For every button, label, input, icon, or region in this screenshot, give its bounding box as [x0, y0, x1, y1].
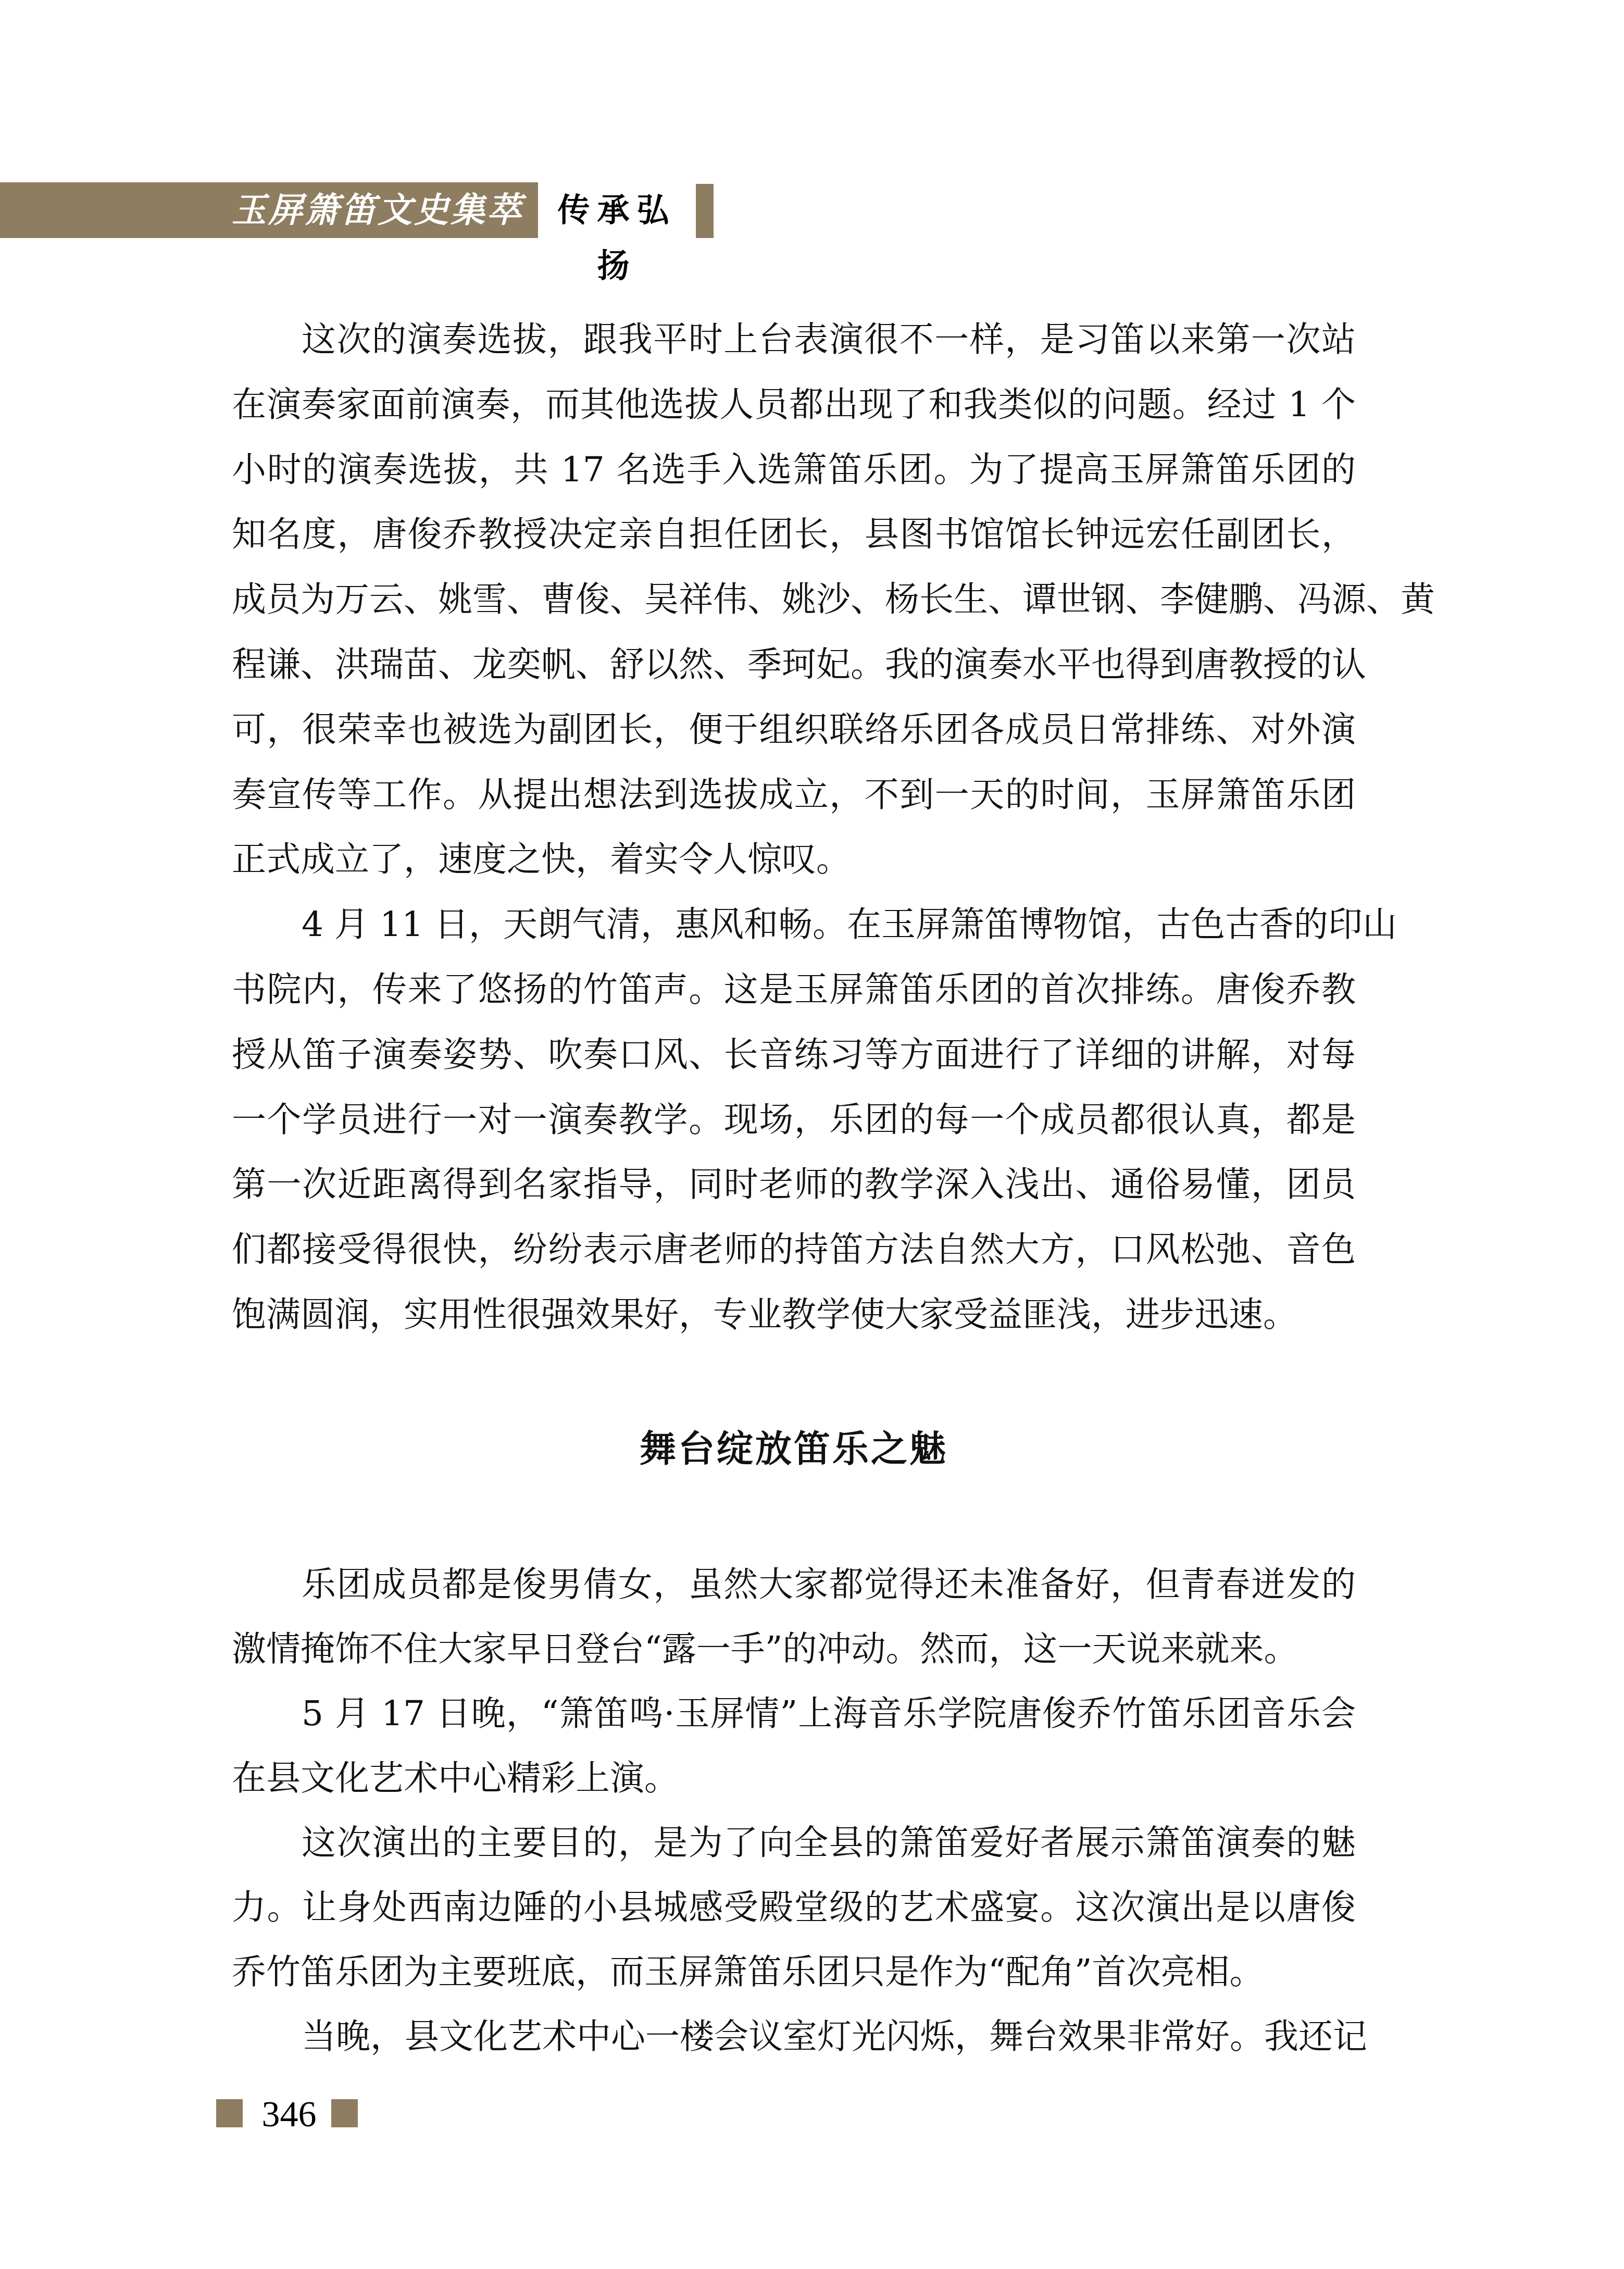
footer-right-square	[331, 2099, 358, 2127]
text-line: 力。让身处西南边陲的小县城感受殿堂级的艺术盛宴。这次演出是以唐俊	[232, 1887, 1356, 1928]
header-banner-cap	[696, 184, 714, 238]
text-line: 知名度，唐俊乔教授决定亲自担任团长，县图书馆馆长钟远宏任副团长，	[232, 514, 1356, 555]
text-line: 一个学员进行一对一演奏教学。现场，乐团的每一个成员都很认真，都是	[232, 1099, 1356, 1141]
text-line: 饱满圆润，实用性很强效果好，专业教学使大家受益匪浅，进步迅速。	[232, 1294, 1356, 1336]
section-heading: 舞台绽放笛乐之魅	[232, 1426, 1356, 1473]
text-line: 这次的演奏选拔，跟我平时上台表演很不一样，是习笛以来第一次站	[302, 319, 1356, 360]
text-line: 在演奏家面前演奏，而其他选拔人员都出现了和我类似的问题。经过 1 个	[232, 384, 1356, 426]
text-line: 书院内，传来了悠扬的竹笛声。这是玉屏箫笛乐团的首次排练。唐俊乔教	[232, 969, 1356, 1011]
text-line: 乔竹笛乐团为主要班底，而玉屏箫笛乐团只是作为“配角”首次亮相。	[232, 1951, 1356, 1993]
text-line: 5 月 17 日晚，“箫笛鸣·玉屏情”上海音乐学院唐俊乔竹笛乐团音乐会	[302, 1693, 1356, 1735]
text-line: 可，很荣幸也被选为副团长，便于组织联络乐团各成员日常排练、对外演	[232, 709, 1356, 751]
text-line: 奏宣传等工作。从提出想法到选拔成立，不到一天的时间，玉屏箫笛乐团	[232, 774, 1356, 816]
text-line: 授从笛子演奏姿势、吹奏口风、长音练习等方面进行了详细的讲解，对每	[232, 1034, 1356, 1076]
text-line: 激情掩饰不住大家早日登台“露一手”的冲动。然而，这一天说来就来。	[232, 1628, 1356, 1670]
text-line: 当晚，县文化艺术中心一楼会议室灯光闪烁，舞台效果非常好。我还记	[302, 2016, 1356, 2058]
text-line: 成员为万云、姚雪、曹俊、吴祥伟、姚沙、杨长生、谭世钢、李健鹏、冯源、黄	[232, 579, 1356, 620]
text-line: 们都接受得很快，纷纷表示唐老师的持笛方法自然大方，口风松弛、音色	[232, 1229, 1356, 1270]
header-banner: 玉屏箫笛文史集萃	[0, 182, 538, 238]
text-line: 这次演出的主要目的，是为了向全县的箫笛爱好者展示箫笛演奏的魅	[302, 1822, 1356, 1864]
section-label: 传承弘扬	[538, 182, 696, 238]
page-number: 346	[255, 2094, 323, 2136]
text-line: 4 月 11 日，天朗气清，惠风和畅。在玉屏箫笛博物馆，古色古香的印山	[302, 904, 1356, 945]
book-title: 玉屏箫笛文史集萃	[232, 182, 523, 238]
text-line: 程谦、洪瑞苗、龙奕帆、舒以然、季珂妃。我的演奏水平也得到唐教授的认	[232, 644, 1356, 685]
text-line: 在县文化艺术中心精彩上演。	[232, 1757, 1356, 1799]
text-line: 正式成立了，速度之快，着实令人惊叹。	[232, 839, 1356, 880]
text-line: 小时的演奏选拔，共 17 名选手入选箫笛乐团。为了提高玉屏箫笛乐团的	[232, 449, 1356, 491]
text-line: 乐团成员都是俊男倩女，虽然大家都觉得还未准备好，但青春迸发的	[302, 1564, 1356, 1605]
footer-left-square	[216, 2099, 243, 2127]
text-line: 第一次近距离得到名家指导，同时老师的教学深入浅出、通俗易懂，团员	[232, 1164, 1356, 1205]
